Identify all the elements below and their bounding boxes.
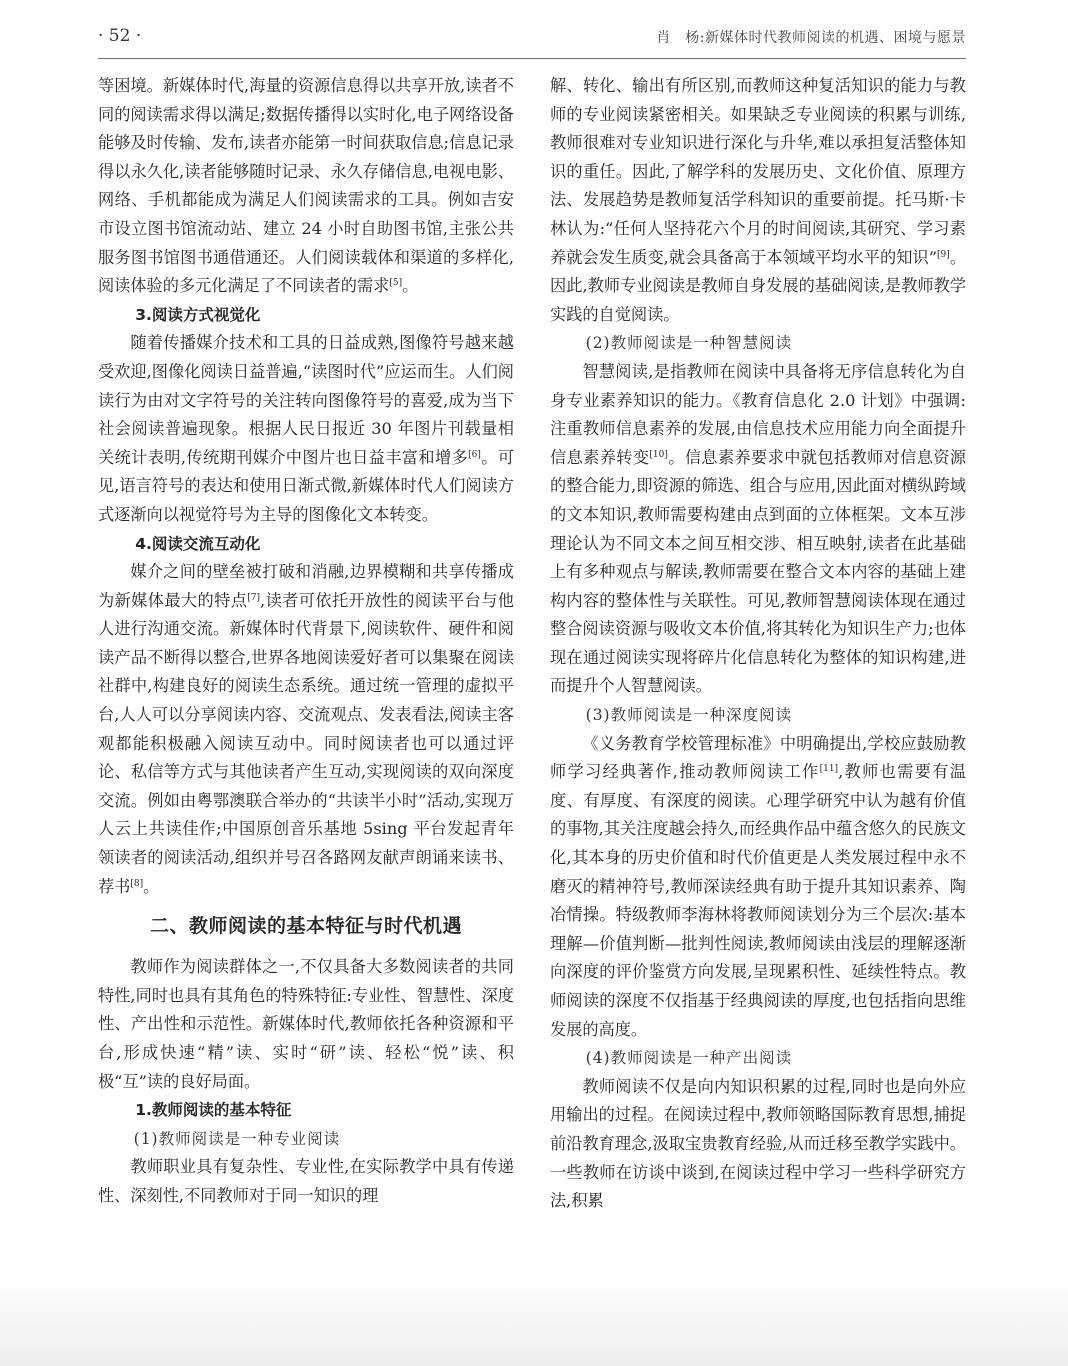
citation-ref[interactable]: [5] xyxy=(389,278,402,288)
paragraph: 教师阅读不仅是向内知识积累的过程,同时也是向外应用输出的过程。在阅读过程中,教师… xyxy=(550,1073,966,1216)
page-header: · 52 · 肖 杨:新媒体时代教师阅读的机遇、困境与愿景 xyxy=(98,22,966,59)
paragraph: 随着传播媒介技术和工具的日益成熟,图像符号越来越受欢迎,图像化阅读日益普遍,“读… xyxy=(98,329,514,529)
subsection-heading: 3.阅读方式视觉化 xyxy=(98,301,514,330)
running-title: 肖 杨:新媒体时代教师阅读的机遇、困境与愿景 xyxy=(656,27,966,47)
left-column: 等困境。新媒体时代,海量的资源信息得以共享开放,读者不同的阅读需求得以满足;数据… xyxy=(98,72,514,1216)
section-heading: 二、教师阅读的基本特征与时代机遇 xyxy=(98,910,514,942)
subsection-heading: 4.阅读交流互动化 xyxy=(98,530,514,559)
citation-ref[interactable]: [9] xyxy=(937,250,950,260)
journal-page: · 52 · 肖 杨:新媒体时代教师阅读的机遇、困境与愿景 等困境。新媒体时代,… xyxy=(98,22,966,59)
citation-ref[interactable]: [10] xyxy=(649,450,667,460)
paragraph: 《义务教育学校管理标准》中明确提出,学校应鼓励教师学习经典著作,推动教师阅读工作… xyxy=(550,730,966,1045)
two-column-body: 等困境。新媒体时代,海量的资源信息得以共享开放,读者不同的阅读需求得以满足;数据… xyxy=(98,72,966,1216)
citation-ref[interactable]: [8] xyxy=(130,879,143,889)
paragraph: 等困境。新媒体时代,海量的资源信息得以共享开放,读者不同的阅读需求得以满足;数据… xyxy=(98,72,514,301)
paragraph: 智慧阅读,是指教师在阅读中具备将无序信息转化为自身专业素养知识的能力。《教育信息… xyxy=(550,358,966,701)
right-column: 解、转化、输出有所区别,而教师这种复活知识的能力与教师的专业阅读紧密相关。如果缺… xyxy=(550,72,966,1216)
paragraph: 媒介之间的壁垒被打破和消融,边界模糊和共享传播成为新媒体最大的特点[7],读者可… xyxy=(98,558,514,901)
paragraph: 教师作为阅读群体之一,不仅具备大多数阅读者的共同特性,同时也具有其角色的特殊特征… xyxy=(98,953,514,1096)
paragraph: 解、转化、输出有所区别,而教师这种复活知识的能力与教师的专业阅读紧密相关。如果缺… xyxy=(550,72,966,329)
subsection-heading: 1.教师阅读的基本特征 xyxy=(98,1096,514,1125)
citation-ref[interactable]: [11] xyxy=(820,764,838,774)
sub-subsection-heading: (1)教师阅读是一种专业阅读 xyxy=(98,1125,514,1154)
sub-subsection-heading: (2)教师阅读是一种智慧阅读 xyxy=(550,329,966,358)
citation-ref[interactable]: [6] xyxy=(468,450,481,460)
paragraph: 教师职业具有复杂性、专业性,在实际教学中具有传递性、深刻性,不同教师对于同一知识… xyxy=(98,1153,514,1210)
sub-subsection-heading: (3)教师阅读是一种深度阅读 xyxy=(550,701,966,730)
sub-subsection-heading: (4)教师阅读是一种产出阅读 xyxy=(550,1044,966,1073)
page-number: · 52 · xyxy=(98,26,141,46)
citation-ref[interactable]: [7] xyxy=(247,593,260,603)
